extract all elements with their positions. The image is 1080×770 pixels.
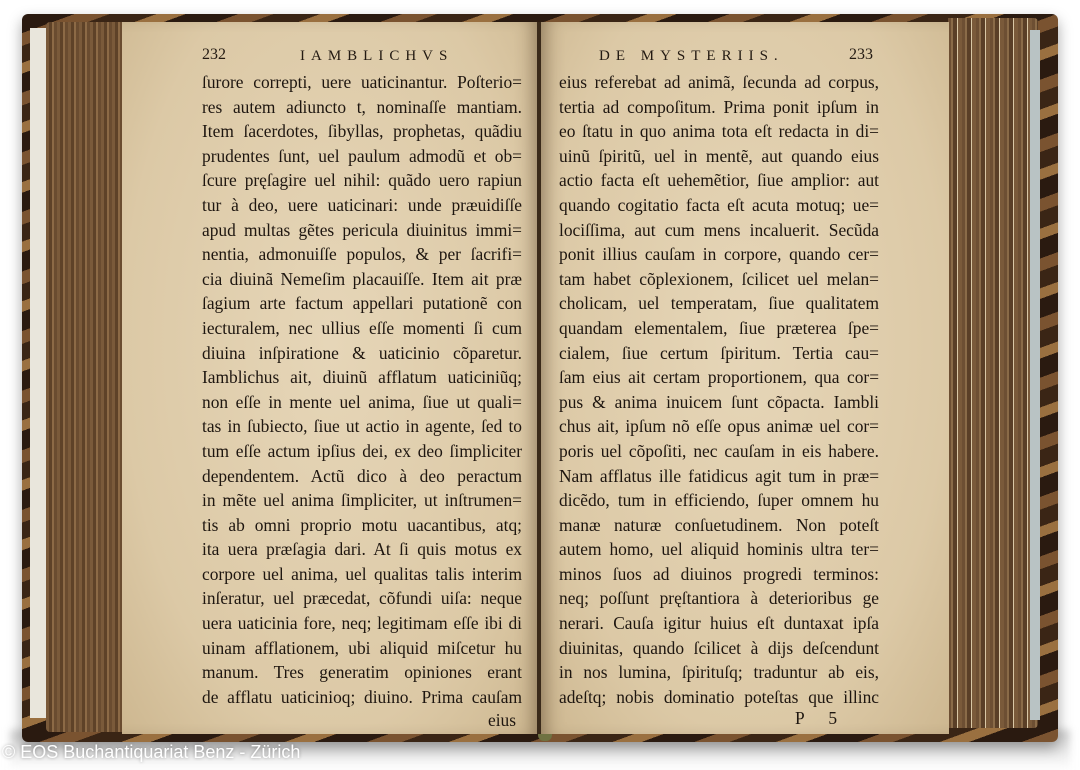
right-page-edges — [948, 18, 1038, 728]
text-line: de afflatu uaticinioq; diuino. Prima cau… — [202, 685, 522, 710]
text-line: cia diuinã Nemeſim placauiſſe. Item ait … — [202, 267, 522, 292]
text-line: quando cogitatio facta eſt acuta motuq; … — [559, 193, 879, 218]
text-line: Nam afflatus ille fatidicus agit tum in … — [559, 464, 879, 489]
text-line: tum eſſe actum ipſius dei, ex deo ſimpli… — [202, 439, 522, 464]
text-line: chus ait, ipſum nõ eſſe opus animæ uel c… — [559, 414, 879, 439]
text-line: in mẽte uel anima ſimpliciter, ut inſtru… — [202, 488, 522, 513]
text-line: Item ſacerdotes, ſibyllas, prophetas, qu… — [202, 119, 522, 144]
text-line: eius referebat ad animã, ſecunda ad corp… — [559, 70, 879, 95]
text-line: inſeratur, uel præcedat, cõfundi uiſa: n… — [202, 586, 522, 611]
text-line: iecturalem, nec ullius eſſe momenti ſi c… — [202, 316, 522, 341]
right-flyleaf — [1030, 30, 1040, 720]
text-line: ſam eius ait certam proportionem, qua co… — [559, 365, 879, 390]
text-line: uera uaticinia fore, neq; legitimam eſſe… — [202, 611, 522, 636]
left-page: 232 IAMBLICHVS ſurore correpti, uere uat… — [122, 22, 538, 734]
text-line: prudentes ſunt, uel paulum admodũ et ob= — [202, 144, 522, 169]
text-line: in nos lumina, ſpirituſq; traduntur ab e… — [559, 660, 879, 685]
text-line: uinũ ſpiritũ, uel in mentẽ, aut quando e… — [559, 144, 879, 169]
text-line: non eſſe in mente uel anima, ſiue ut qua… — [202, 390, 522, 415]
text-line: manæ naturæ conſuetudinem. Non poteſt — [559, 513, 879, 538]
text-line: dicẽdo, tum in efficiendo, ſuper omnem h… — [559, 488, 879, 513]
text-line: cholicam, uel temperatam, ſiue qualitate… — [559, 291, 879, 316]
text-line: tam habet cõplexionem, ſcilicet uel mela… — [559, 267, 879, 292]
page-number: 233 — [849, 46, 873, 64]
text-line: eo ſtatu in quo anima tota eſt redacta i… — [559, 119, 879, 144]
text-line: pus & anima inuicem ſunt cõpacta. Iambli — [559, 390, 879, 415]
text-line: apud multas gẽtes pericula diuinitus imm… — [202, 218, 522, 243]
text-line: corpore uel anima, uel qualitas talis in… — [202, 562, 522, 587]
text-line: ponit illius cauſam in corpore, quando c… — [559, 242, 879, 267]
page-number: 232 — [202, 46, 226, 64]
text-line: manum. Tres generatim opiniones erant — [202, 660, 522, 685]
text-line: tas in ſubiecto, ſiue ut actio in agente… — [202, 414, 522, 439]
text-line: tur à deo, uere uaticinari: unde præuidi… — [202, 193, 522, 218]
page-text: ſurore correpti, uere uaticinantur. Poſt… — [202, 70, 522, 709]
text-line: nerari. Cauſa igitur huius eſt duntaxat … — [559, 611, 879, 636]
text-line: diuinitas, quando ſcilicet à dijs deſcen… — [559, 636, 879, 661]
text-line: ſcure pręſagire uel nihil: quãdo uero ra… — [202, 168, 522, 193]
text-line: nentia, admonuiſſe populos, & per ſacrif… — [202, 242, 522, 267]
text-line: Iamblichus ait, diuinũ afflatum uaticini… — [202, 365, 522, 390]
running-head: DE MYSTERIIS. — [599, 48, 784, 65]
right-page: DE MYSTERIIS. 233 eius referebat ad anim… — [541, 22, 949, 734]
text-line: uinam afflationem, ubi aliquid miſcetur … — [202, 636, 522, 661]
text-line: actio facta eſt uehemẽtior, ſiue amplior… — [559, 168, 879, 193]
text-line: adeſtq; nobis dominatio poteſtas que ill… — [559, 685, 879, 710]
text-line: poris uel cõpoſiti, nec cauſam in eis ha… — [559, 439, 879, 464]
signature-mark: P 5 — [795, 708, 847, 729]
text-line: tertia ad compoſitum. Prima ponit ipſum … — [559, 95, 879, 120]
left-page-edges — [46, 22, 124, 732]
running-head: IAMBLICHVS — [300, 48, 453, 65]
text-line: minos ſuos ad diuinos progredi terminos: — [559, 562, 879, 587]
text-line: lociſſima, aut cum mens incaluerit. Secũ… — [559, 218, 879, 243]
text-line: ſagium arte factum appellari putationẽ c… — [202, 291, 522, 316]
text-line: quandam elementalem, ſiue præterea ſpe= — [559, 316, 879, 341]
page-text: eius referebat ad animã, ſecunda ad corp… — [559, 70, 879, 709]
text-line: ita uera præſagia dari. At ſi quis motus… — [202, 537, 522, 562]
catchword: eius — [488, 710, 516, 731]
text-line: res autem adiuncto t, nominaſſe mantiam. — [202, 95, 522, 120]
text-line: ſurore correpti, uere uaticinantur. Poſt… — [202, 70, 522, 95]
text-line: cialem, ſiue certum ſpiritum. Tertia cau… — [559, 341, 879, 366]
text-line: neq; poſſunt pręſtantiora à deterioribus… — [559, 586, 879, 611]
text-line: autem homo, uel aliquid hominis ultra te… — [559, 537, 879, 562]
copyright-watermark: © EOS Buchantiquariat Benz - Zürich — [2, 742, 300, 763]
text-line: tis ab omni proprio motu uacantibus, atq… — [202, 513, 522, 538]
text-line: diuina inſpiratione & uaticinio cõparetu… — [202, 341, 522, 366]
text-line: dependentem. Actũ dico à deo peractum — [202, 464, 522, 489]
